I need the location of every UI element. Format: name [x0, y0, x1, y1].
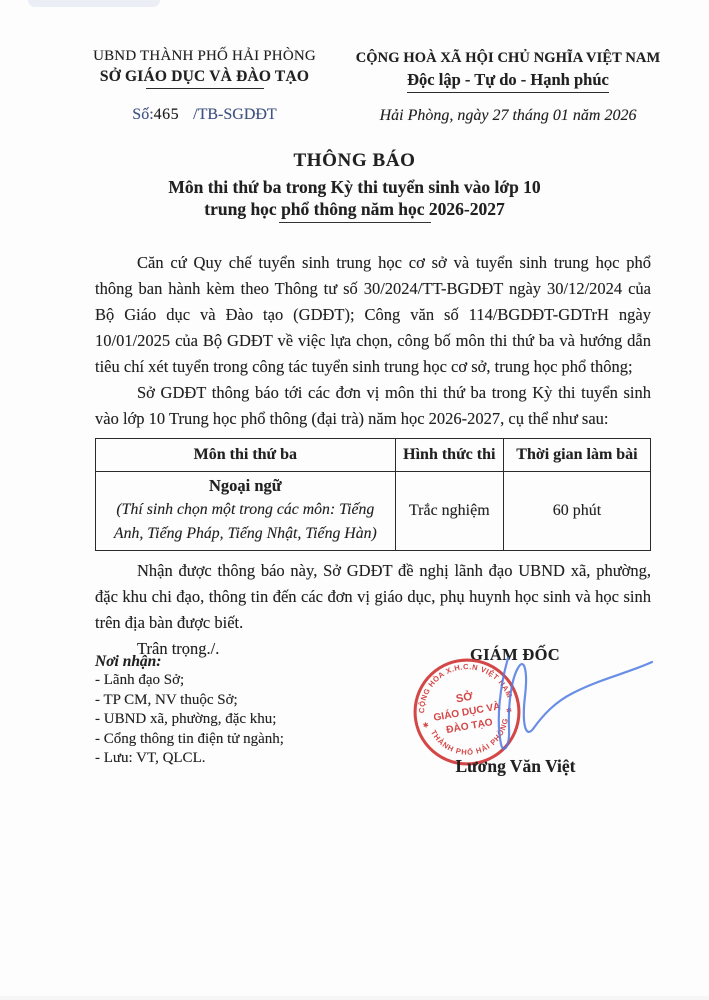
national-header: CỘNG HOÀ XÃ HỘI CHỦ NGHĨA VIỆT NAM Độc l…	[352, 50, 664, 125]
format-cell: Trắc nghiệm	[395, 472, 503, 551]
exam-subject-table: Môn thi thứ ba Hình thức thi Thời gian l…	[95, 438, 651, 551]
doc-number: Số:465/TB-SGDĐT	[52, 106, 357, 124]
header-subject: Môn thi thứ ba	[96, 439, 396, 472]
stamp-star-left: ✱	[422, 721, 429, 730]
national-motto: Độc lập - Tự do - Hạnh phúc	[407, 70, 609, 93]
body-paragraph-request: Nhận được thông báo này, Sở GDĐT đề nghị…	[95, 558, 651, 636]
department-name: SỞ GIÁO DỤC VÀ ĐÀO TẠO	[52, 68, 357, 86]
scan-bottom-strip	[0, 996, 709, 1000]
handwritten-signature-icon	[456, 648, 661, 763]
document-subtitle-line1: Môn thi thứ ba trong Kỳ thi tuyển sinh v…	[0, 177, 709, 198]
department-underline	[146, 88, 264, 89]
document-body: Căn cứ Quy chế tuyển sinh trung học cơ s…	[95, 250, 651, 662]
signer-name: Lương Văn Việt	[418, 756, 613, 777]
subject-note: (Thí sinh chọn một trong các môn: Tiếng …	[102, 498, 389, 546]
header-duration: Thời gian làm bài	[503, 439, 650, 472]
recipient-item: - TP CM, NV thuộc Sở;	[95, 691, 375, 711]
body-paragraph-announcement: Sở GDĐT thông báo tới các đơn vị môn thi…	[95, 380, 651, 432]
subject-name: Ngoại ngữ	[102, 476, 389, 496]
body-paragraph-legal-basis: Căn cứ Quy chế tuyển sinh trung học cơ s…	[95, 250, 651, 380]
issuing-org-header: UBND THÀNH PHỐ HẢI PHÒNG SỞ GIÁO DỤC VÀ …	[52, 48, 357, 124]
recipients-label: Nơi nhận:	[95, 653, 375, 671]
document-page: UBND THÀNH PHỐ HẢI PHÒNG SỞ GIÁO DỤC VÀ …	[0, 0, 709, 1000]
org-parent-name: UBND THÀNH PHỐ HẢI PHÒNG	[52, 48, 357, 65]
document-title-block: THÔNG BÁO Môn thi thứ ba trong Kỳ thi tu…	[0, 150, 709, 223]
recipients-block: Nơi nhận: - Lãnh đạo Sở; - TP CM, NV thu…	[95, 653, 375, 769]
table-row: Ngoại ngữ (Thí sinh chọn một trong các m…	[96, 472, 651, 551]
document-subtitle-line2: trung học phổ thông năm học 2026-2027	[0, 199, 709, 220]
doc-number-value: 465	[154, 106, 180, 123]
date-line: Hải Phòng, ngày 27 tháng 01 năm 2026	[352, 107, 664, 125]
title-underline	[279, 222, 431, 223]
header-format: Hình thức thi	[395, 439, 503, 472]
table-header-row: Môn thi thứ ba Hình thức thi Thời gian l…	[96, 439, 651, 472]
scan-edge-artifact	[28, 0, 160, 7]
doc-number-suffix: /TB-SGDĐT	[193, 106, 277, 123]
recipient-item: - Lãnh đạo Sở;	[95, 671, 375, 691]
recipient-item: - Lưu: VT, QLCL.	[95, 749, 375, 769]
recipient-item: - Cổng thông tin điện tử ngành;	[95, 730, 375, 750]
duration-cell: 60 phút	[503, 472, 650, 551]
recipient-item: - UBND xã, phường, đặc khu;	[95, 710, 375, 730]
subject-cell: Ngoại ngữ (Thí sinh chọn một trong các m…	[96, 472, 396, 551]
document-type-title: THÔNG BÁO	[0, 150, 709, 172]
doc-number-prefix: Số:	[132, 106, 153, 123]
national-title: CỘNG HOÀ XÃ HỘI CHỦ NGHĨA VIỆT NAM	[352, 50, 664, 67]
